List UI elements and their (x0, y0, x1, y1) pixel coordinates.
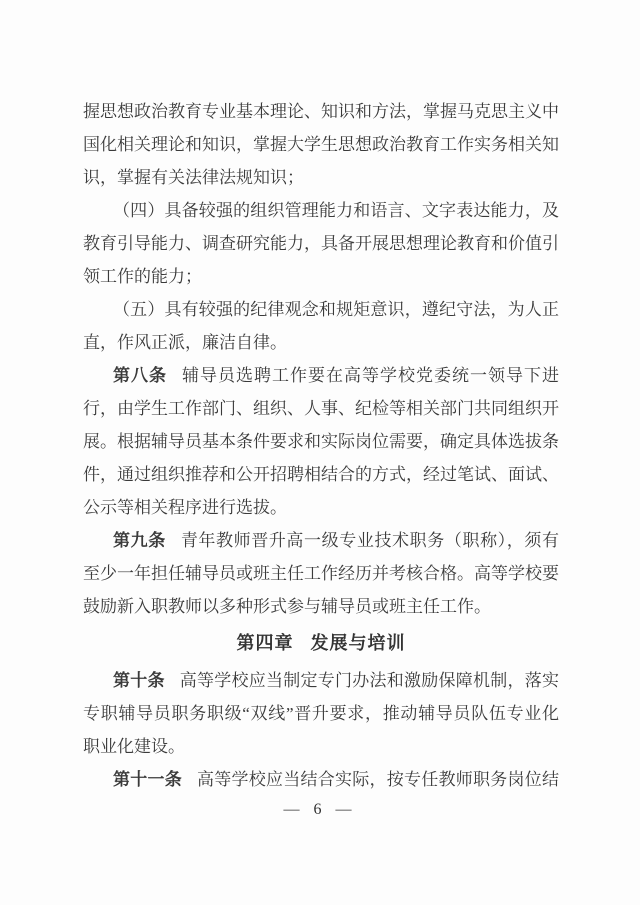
article-number: 第九条 (113, 531, 166, 550)
chapter-number: 第四章 (237, 633, 294, 653)
doc-line: 国化相关理论和知识，掌握大学生思想政治教育工作实务相关知 (83, 128, 559, 161)
doc-line: 直，作风正派，廉洁自律。 (83, 326, 559, 359)
doc-line: 第十条高等学校应当制定专门办法和激励保障机制，落实 (83, 664, 559, 697)
doc-line: 至少一年担任辅导员或班主任工作经历并考核合格。高等学校要 (83, 557, 559, 590)
chapter-title: 发展与培训 (311, 633, 406, 653)
chapter-heading: 第四章发展与培训 (83, 627, 559, 660)
doc-line: 件，通过组织推荐和公开招聘相结合的方式，经过笔试、面试、 (83, 458, 559, 491)
line-text: 辅导员选聘工作要在高等学校党委统一领导下进 (182, 366, 559, 385)
line-text: 高等学校应当制定专门办法和激励保障机制，落实 (180, 671, 559, 690)
doc-line: 领工作的能力； (83, 260, 559, 293)
article-number: 第八条 (113, 366, 167, 385)
document-page: 握思想政治教育专业基本理论、知识和方法，掌握马克思主义中 国化相关理论和知识，掌… (0, 0, 640, 905)
doc-line: 专职辅导员职务职级“双线”晋升要求，推动辅导员队伍专业化 (83, 697, 559, 730)
doc-line: 行，由学生工作部门、组织、人事、纪检等相关部门共同组织开 (83, 392, 559, 425)
doc-line: 鼓励新入职教师以多种形式参与辅导员或班主任工作。 (83, 590, 559, 623)
page-number: — 6 — (0, 801, 640, 819)
doc-line: （五）具有较强的纪律观念和规矩意识，遵纪守法，为人正 (83, 293, 559, 326)
article-number: 第十一条 (113, 770, 182, 789)
doc-line: 展。根据辅导员基本条件要求和实际岗位需要，确定具体选拔条 (83, 425, 559, 458)
doc-line: 识，掌握有关法律法规知识； (83, 161, 559, 194)
doc-line: 第八条辅导员选聘工作要在高等学校党委统一领导下进 (83, 359, 559, 392)
line-text: 青年教师晋升高一级专业技术职务（职称），须有 (181, 531, 559, 550)
doc-line: 握思想政治教育专业基本理论、知识和方法，掌握马克思主义中 (83, 95, 559, 128)
article-number: 第十条 (113, 671, 165, 690)
doc-line: 第九条青年教师晋升高一级专业技术职务（职称），须有 (83, 524, 559, 557)
doc-line: （四）具备较强的组织管理能力和语言、文字表达能力，及 (83, 194, 559, 227)
document-body: 握思想政治教育专业基本理论、知识和方法，掌握马克思主义中 国化相关理论和知识，掌… (83, 95, 559, 796)
doc-line: 第十一条高等学校应当结合实际，按专任教师职务岗位结 (83, 763, 559, 796)
doc-line: 公示等相关程序进行选拔。 (83, 491, 559, 524)
doc-line: 教育引导能力、调查研究能力，具备开展思想理论教育和价值引 (83, 227, 559, 260)
doc-line: 职业化建设。 (83, 730, 559, 763)
line-text: 高等学校应当结合实际，按专任教师职务岗位结 (197, 770, 559, 789)
